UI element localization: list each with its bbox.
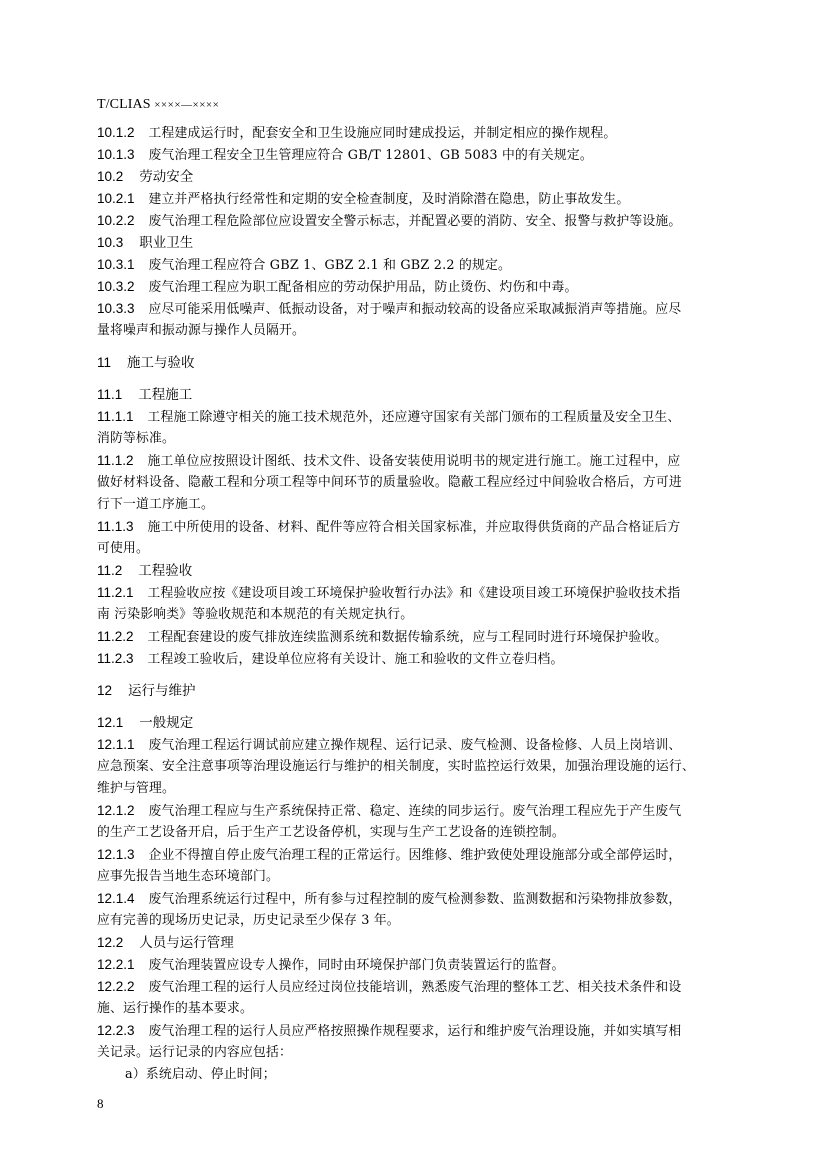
clause-number: 11.1.2 [97,450,134,472]
clause-line: 的生产工艺设备开启，后于生产工艺设备停机，实现与生产工艺设备的连锁控制。 [97,822,737,844]
clause-line: 10.1.3废气治理工程安全卫生管理应符合 GB/T 12801、GB 5083… [97,144,737,166]
clause-text: 施工中所使用的设备、材料、配件等应符合相关国家标准，并应取得供货商的产品合格证后… [148,520,681,535]
clause-11-1-3: 11.1.3施工中所使用的设备、材料、配件等应符合相关国家标准，并应取得供货商的… [97,516,737,560]
clause-text: 废气治理工程的运行人员应经过岗位技能培训，熟悉废气治理的整体工艺、相关技术条件和… [149,980,682,995]
clause-number: 11.1.3 [97,516,134,538]
chapter-title: 运行与维护 [128,683,196,699]
clause-text: 废气治理工程危险部位应设置安全警示标志，并配置必要的消防、安全、报警与救护等设施… [149,214,682,229]
document-body: 10.1.2工程建成运行时，配套安全和卫生设施应同时建成投运，并制定相应的操作规… [97,122,737,1086]
clause-12-2-1: 12.2.1废气治理装置应设专人操作，同时由环境保护部门负责装置运行的监督。 [97,954,737,976]
clause-10-3-2: 10.3.2废气治理工程应为职工配备相应的劳动保护用品，防止烫伤、灼伤和中毒。 [97,276,737,298]
clause-line: 10.2.2废气治理工程危险部位应设置安全警示标志，并配置必要的消防、安全、报警… [97,210,737,232]
clause-line: 12.2.2废气治理工程的运行人员应经过岗位技能培训，熟悉废气治理的整体工艺、相… [97,976,737,998]
section-number: 11.1 [97,384,122,406]
clause-line: 南 污染影响类》等验收规范和本规范的有关规定执行。 [97,604,737,626]
clause-number: 12.1.4 [97,888,135,910]
clause-10-3-3: 10.3.3应尽可能采用低噪声、低振动设备，对于噪声和振动较高的设备应采取减振消… [97,298,737,342]
clause-text: 废气治理系统运行过程中，所有参与过程控制的废气检测参数、监测数据和污染物排放参数… [149,892,682,907]
clause-12-1-1: 12.1.1废气治理工程运行调试前应建立操作规程、运行记录、废气检测、设备检修、… [97,734,737,800]
section-title: 职业卫生 [139,235,193,251]
section-number: 10.3 [97,232,123,254]
clause-line: 11.1.1工程施工除遵守相关的施工技术规范外，还应遵守国家有关部门颁布的工程质… [97,406,737,428]
clause-text: 废气治理工程应符合 GBZ 1、GBZ 2.1 和 GBZ 2.2 的规定。 [149,258,511,273]
clause-number: 12.2.1 [97,954,135,976]
clause-line: 10.3.2废气治理工程应为职工配备相应的劳动保护用品，防止烫伤、灼伤和中毒。 [97,276,737,298]
clause-text: 施、运行操作的基本要求。 [97,1001,253,1016]
clause-line: 10.3.3应尽可能采用低噪声、低振动设备，对于噪声和振动较高的设备应采取减振消… [97,298,737,320]
clause-number: 11.1.1 [97,406,134,428]
clause-line: 12.2.3废气治理工程的运行人员应严格按照操作规程要求，运行和维护废气治理设施… [97,1020,737,1042]
clause-text: 南 污染影响类》等验收规范和本规范的有关规定执行。 [97,607,413,622]
page-number: 8 [97,1096,104,1112]
clause-number: 12.2.2 [97,976,135,998]
clause-line: 10.2.1建立并严格执行经常性和定期的安全检查制度，及时消除潜在隐患，防止事故… [97,188,737,210]
clause-line: 10.1.2工程建成运行时，配套安全和卫生设施应同时建成投运，并制定相应的操作规… [97,122,737,144]
clause-number: 12.1.2 [97,800,135,822]
clause-text: 工程配套建设的废气排放连续监测系统和数据传输系统，应与工程同时进行环境保护验收。 [148,630,668,645]
clause-text: 量将噪声和振动源与操作人员隔开。 [97,323,305,338]
clause-12-1-2: 12.1.2废气治理工程应与生产系统保持正常、稳定、连续的同步运行。废气治理工程… [97,800,737,844]
clause-line: 行下一道工序施工。 [97,494,737,516]
clause-line: 消防等标准。 [97,428,737,450]
document-header: T/CLIAS ××××—×××× [97,97,219,113]
chapter-title: 施工与验收 [127,355,195,371]
clause-12-1-3: 12.1.3企业不得擅自停止废气治理工程的正常运行。因维修、维护致使处理设施部分… [97,844,737,888]
clause-text: 废气治理工程的运行人员应严格按照操作规程要求，运行和维护废气治理设施，并如实填写… [149,1024,682,1039]
clause-line: 施、运行操作的基本要求。 [97,998,737,1020]
clause-number: 12.1.1 [97,734,135,756]
list-item-label: a） [125,1067,146,1082]
clause-number: 11.2.2 [97,626,134,648]
clause-10-1-2: 10.1.2工程建成运行时，配套安全和卫生设施应同时建成投运，并制定相应的操作规… [97,122,737,144]
clause-line: 11.1.3施工中所使用的设备、材料、配件等应符合相关国家标准，并应取得供货商的… [97,516,737,538]
clause-number: 11.2.1 [97,582,134,604]
section-heading: 10.2劳动安全 [97,166,737,188]
clause-line: 10.3.1废气治理工程应符合 GBZ 1、GBZ 2.1 和 GBZ 2.2 … [97,254,737,276]
clause-text: 工程验收应按《建设项目竣工环境保护验收暂行办法》和《建设项目竣工环境保护验收技术… [148,586,681,601]
list-item-text: 系统启动、停止时间； [146,1067,276,1082]
clause-text: 的生产工艺设备开启，后于生产工艺设备停机，实现与生产工艺设备的连锁控制。 [97,825,565,840]
clause-text: 废气治理装置应设专人操作，同时由环境保护部门负责装置运行的监督。 [149,958,565,973]
section-title: 人员与运行管理 [139,935,234,951]
section-heading: 11.1工程施工 [97,384,737,406]
clause-12-2-2: 12.2.2废气治理工程的运行人员应经过岗位技能培训，熟悉废气治理的整体工艺、相… [97,976,737,1020]
section-heading: 12.1一般规定 [97,712,737,734]
clause-number: 10.2.1 [97,188,135,210]
clause-text: 工程竣工验收后，建设单位应将有关设计、施工和验收的文件立卷归档。 [148,652,564,667]
clause-text: 应事先报告当地生态环境部门。 [97,869,279,884]
clause-text: 废气治理工程应与生产系统保持正常、稳定、连续的同步运行。废气治理工程应先于产生废… [149,804,682,819]
section-number: 12.1 [97,712,123,734]
clause-line: 量将噪声和振动源与操作人员隔开。 [97,320,737,342]
clause-number: 10.1.3 [97,144,135,166]
clause-text: 做好材料设备、隐蔽工程和分项工程等中间环节的质量验收。隐蔽工程应经过中间验收合格… [97,475,682,490]
clause-text: 建立并严格执行经常性和定期的安全检查制度，及时消除潜在隐患，防止事故发生。 [149,192,630,207]
clause-11-2-1: 11.2.1工程验收应按《建设项目竣工环境保护验收暂行办法》和《建设项目竣工环境… [97,582,737,626]
clause-line: 12.2.1废气治理装置应设专人操作，同时由环境保护部门负责装置运行的监督。 [97,954,737,976]
clause-11-2-2: 11.2.2工程配套建设的废气排放连续监测系统和数据传输系统，应与工程同时进行环… [97,626,737,648]
clause-line: 12.1.3企业不得擅自停止废气治理工程的正常运行。因维修、维护致使处理设施部分… [97,844,737,866]
clause-number: 10.3.2 [97,276,135,298]
section-title: 劳动安全 [139,169,193,185]
clause-number: 10.3.1 [97,254,135,276]
section-title: 工程施工 [138,387,192,403]
clause-text: 废气治理工程运行调试前应建立操作规程、运行记录、废气检测、设备检修、人员上岗培训… [149,738,682,753]
list-item: a）系统启动、停止时间； [97,1064,737,1086]
section-number: 12.2 [97,932,123,954]
clause-text: 废气治理工程应为职工配备相应的劳动保护用品，防止烫伤、灼伤和中毒。 [149,280,578,295]
doc-code: T/CLIAS [97,97,151,112]
clause-text: 关记录。运行记录的内容应包括： [97,1045,292,1060]
clause-text: 企业不得擅自停止废气治理工程的正常运行。因维修、维护致使处理设施部分或全部停运时… [149,848,682,863]
section-heading: 10.3职业卫生 [97,232,737,254]
clause-10-1-3: 10.1.3废气治理工程安全卫生管理应符合 GB/T 12801、GB 5083… [97,144,737,166]
clause-text: 施工单位应按照设计图纸、技术文件、设备安装使用说明书的规定进行施工。施工过程中，… [148,454,681,469]
clause-text: 维护与管理。 [97,781,175,796]
clause-line: 做好材料设备、隐蔽工程和分项工程等中间环节的质量验收。隐蔽工程应经过中间验收合格… [97,472,737,494]
clause-10-2-2: 10.2.2废气治理工程危险部位应设置安全警示标志，并配置必要的消防、安全、报警… [97,210,737,232]
clause-12-1-4: 12.1.4废气治理系统运行过程中，所有参与过程控制的废气检测参数、监测数据和污… [97,888,737,932]
section-title: 工程验收 [138,563,192,579]
clause-number: 12.2.3 [97,1020,135,1042]
clause-line: 应急预案、安全注意事项等治理设施运行与维护的相关制度，实时监控运行效果，加强治理… [97,756,737,778]
clause-line: 应有完善的现场历史记录，历史记录至少保存 3 年。 [97,910,737,932]
section-number: 11.2 [97,560,122,582]
clause-number: 10.3.3 [97,298,135,320]
section-title: 一般规定 [139,715,193,731]
clause-text: 工程施工除遵守相关的施工技术规范外，还应遵守国家有关部门颁布的工程质量及安全卫生… [148,410,681,425]
section-heading: 11.2工程验收 [97,560,737,582]
clause-text: 应急预案、安全注意事项等治理设施运行与维护的相关制度，实时监控运行效果，加强治理… [97,759,695,774]
clause-11-1-1: 11.1.1工程施工除遵守相关的施工技术规范外，还应遵守国家有关部门颁布的工程质… [97,406,737,450]
doc-number: ××××—×××× [154,99,219,111]
chapter-number: 11 [97,352,111,374]
clause-text: 可使用。 [97,541,149,556]
clause-text: 行下一道工序施工。 [97,497,214,512]
clause-text: 应尽可能采用低噪声、低振动设备，对于噪声和振动较高的设备应采取减振消声等措施。应… [149,302,682,317]
section-number: 10.2 [97,166,123,188]
clause-number: 10.1.2 [97,122,135,144]
clause-line: 11.1.2施工单位应按照设计图纸、技术文件、设备安装使用说明书的规定进行施工。… [97,450,737,472]
clause-line: 12.1.4废气治理系统运行过程中，所有参与过程控制的废气检测参数、监测数据和污… [97,888,737,910]
clause-line: 11.2.1工程验收应按《建设项目竣工环境保护验收暂行办法》和《建设项目竣工环境… [97,582,737,604]
clause-line: 应事先报告当地生态环境部门。 [97,866,737,888]
clause-line: 11.2.2工程配套建设的废气排放连续监测系统和数据传输系统，应与工程同时进行环… [97,626,737,648]
chapter-heading: 11施工与验收 [97,352,737,374]
chapter-heading: 12运行与维护 [97,680,737,702]
clause-11-1-2: 11.1.2施工单位应按照设计图纸、技术文件、设备安装使用说明书的规定进行施工。… [97,450,737,516]
clause-11-2-3: 11.2.3工程竣工验收后，建设单位应将有关设计、施工和验收的文件立卷归档。 [97,648,737,670]
clause-10-3-1: 10.3.1废气治理工程应符合 GBZ 1、GBZ 2.1 和 GBZ 2.2 … [97,254,737,276]
clause-number: 10.2.2 [97,210,135,232]
clause-number: 12.1.3 [97,844,135,866]
clause-number: 11.2.3 [97,648,134,670]
clause-text: 消防等标准。 [97,431,175,446]
clause-line: 可使用。 [97,538,737,560]
clause-text: 废气治理工程安全卫生管理应符合 GB/T 12801、GB 5083 中的有关规… [149,148,593,163]
clause-line: 11.2.3工程竣工验收后，建设单位应将有关设计、施工和验收的文件立卷归档。 [97,648,737,670]
clause-10-2-1: 10.2.1建立并严格执行经常性和定期的安全检查制度，及时消除潜在隐患，防止事故… [97,188,737,210]
clause-text: 工程建成运行时，配套安全和卫生设施应同时建成投运，并制定相应的操作规程。 [149,126,617,141]
clause-line: 维护与管理。 [97,778,737,800]
clause-text: 应有完善的现场历史记录，历史记录至少保存 3 年。 [97,913,400,928]
clause-12-2-3: 12.2.3废气治理工程的运行人员应严格按照操作规程要求，运行和维护废气治理设施… [97,1020,737,1064]
clause-line: 12.1.1废气治理工程运行调试前应建立操作规程、运行记录、废气检测、设备检修、… [97,734,737,756]
section-heading: 12.2人员与运行管理 [97,932,737,954]
clause-line: 12.1.2废气治理工程应与生产系统保持正常、稳定、连续的同步运行。废气治理工程… [97,800,737,822]
chapter-number: 12 [97,680,112,702]
clause-line: 关记录。运行记录的内容应包括： [97,1042,737,1064]
